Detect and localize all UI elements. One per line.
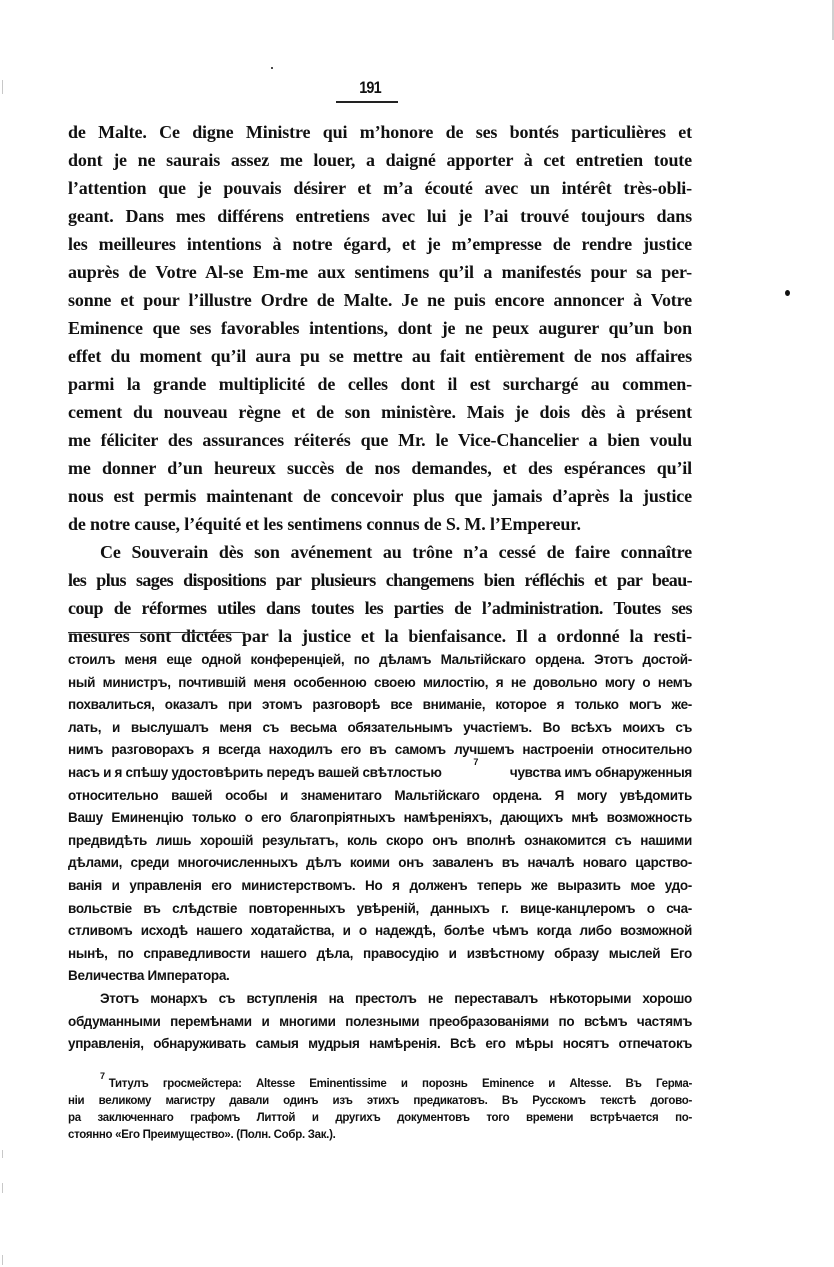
text-line: parmi la grande multiplicité de celles d… <box>68 370 692 398</box>
text-fragment: чувства имъ обнаруженныя <box>510 762 692 785</box>
text-line: ванія и управленія его министерствомъ. Н… <box>68 875 692 898</box>
footnote-reference[interactable]: 7 <box>473 762 478 785</box>
text-line: les plus sages dispositions par plusieur… <box>68 566 692 594</box>
page-number: 191 <box>345 78 396 98</box>
scan-margin-mark <box>2 1183 3 1193</box>
footnote-marker: 7 <box>100 1076 105 1093</box>
text-line: управленія, обнаруживать самыя мудрыя на… <box>68 1033 692 1056</box>
text-line: mesures sont dictées par la justice et l… <box>68 622 692 650</box>
russian-translation-text: стоилъ меня еще одной конференціей, по д… <box>68 649 692 1056</box>
text-line: похвалиться, оказалъ при этомъ разговорѣ… <box>68 694 692 717</box>
footnote-line: стоянно «Его Преимущество». (Полн. Собр.… <box>68 1127 692 1144</box>
text-line: нынѣ, по справедливости нашего дѣла, пра… <box>68 943 692 966</box>
text-line: Ce Souverain dès son avénement au trône … <box>68 538 692 566</box>
text-line: относительно вашей особы и знаменитаго М… <box>68 785 692 808</box>
text-line: me donner d’un heureux succès de nos dem… <box>68 454 692 482</box>
text-line: nous est permis maintenant de concevoir … <box>68 482 692 510</box>
text-line: sonne et pour l’illustre Ordre de Malte.… <box>68 286 692 314</box>
text-line: me féliciter des assurances réiterés que… <box>68 426 692 454</box>
text-line: обдуманными перемѣнами и многими полезны… <box>68 1011 692 1034</box>
footnote-line: 7 Титулъ гросмейстера: Altesse Eminentis… <box>68 1076 692 1093</box>
footnote-line: ніи великому магистру давали одинъ изъ э… <box>68 1093 692 1110</box>
text-line: effet du moment qu’il aura pu se mettre … <box>68 342 692 370</box>
text-line: стливомъ исходѣ нашего ходатайства, и о … <box>68 920 692 943</box>
text-line: de notre cause, l’équité et les sentimen… <box>68 510 692 538</box>
text-line: дѣлами, среди многочисленныхъ дѣлъ коими… <box>68 852 692 875</box>
text-line: лать, и выслушалъ меня съ весьма обязате… <box>68 717 692 740</box>
text-line: предвидѣть лишь хорошій результатъ, коль… <box>68 830 692 853</box>
text-line: geant. Dans mes différens entretiens ave… <box>68 202 692 230</box>
text-fragment: насъ и я спѣшу удостовѣрить передъ вашей… <box>68 762 442 785</box>
text-line: Величества Императора. <box>68 965 692 988</box>
page-number-rule <box>336 101 398 103</box>
text-line: нимъ разговорахъ я всегда находилъ его в… <box>68 739 692 762</box>
scan-margin-mark <box>2 1255 3 1265</box>
text-line: ный министръ, почтившій меня особенною с… <box>68 672 692 695</box>
ink-speck <box>271 67 273 69</box>
text-line: auprès de Votre Al-se Em-me aux sentimen… <box>68 258 692 286</box>
text-line: Eminence que ses favorables intentions, … <box>68 314 692 342</box>
translation-separator-rule <box>68 632 245 633</box>
text-line: l’attention que je pouvais désirer et m’… <box>68 174 692 202</box>
text-line: Вашу Еминенцію только о его благопріятны… <box>68 807 692 830</box>
scanned-book-page: 191 de Malte. Ce digne Ministre qui m’ho… <box>0 0 834 1267</box>
text-line: coup de réformes utiles dans toutes les … <box>68 594 692 622</box>
text-line: les meilleures intentions à notre égard,… <box>68 230 692 258</box>
text-line: вольствіе въ слѣдствіе повторенныхъ увѣр… <box>68 898 692 921</box>
scan-margin-mark <box>2 1150 3 1158</box>
text-line: dont je ne saurais assez me louer, a dai… <box>68 146 692 174</box>
text-line: cement du nouveau règne et de son minist… <box>68 398 692 426</box>
footnote-line: ра заключеннаго графомъ Литтой и другихъ… <box>68 1110 692 1127</box>
text-line: стоилъ меня еще одной конференціей, по д… <box>68 649 692 672</box>
footnote: 7 Титулъ гросмейстера: Altesse Eminentis… <box>68 1076 692 1144</box>
ink-speck <box>785 290 790 296</box>
text-line: Этотъ монархъ съ вступленія на престолъ … <box>68 988 692 1011</box>
text-fragment: Титулъ гросмейстера: Altesse Eminentissi… <box>109 1076 692 1093</box>
scan-margin-mark <box>2 80 3 94</box>
text-line-with-footnote: насъ и я спѣшу удостовѣрить передъ вашей… <box>68 762 692 785</box>
text-line: de Malte. Ce digne Ministre qui m’honore… <box>68 118 692 146</box>
french-body-text: de Malte. Ce digne Ministre qui m’honore… <box>68 118 692 650</box>
